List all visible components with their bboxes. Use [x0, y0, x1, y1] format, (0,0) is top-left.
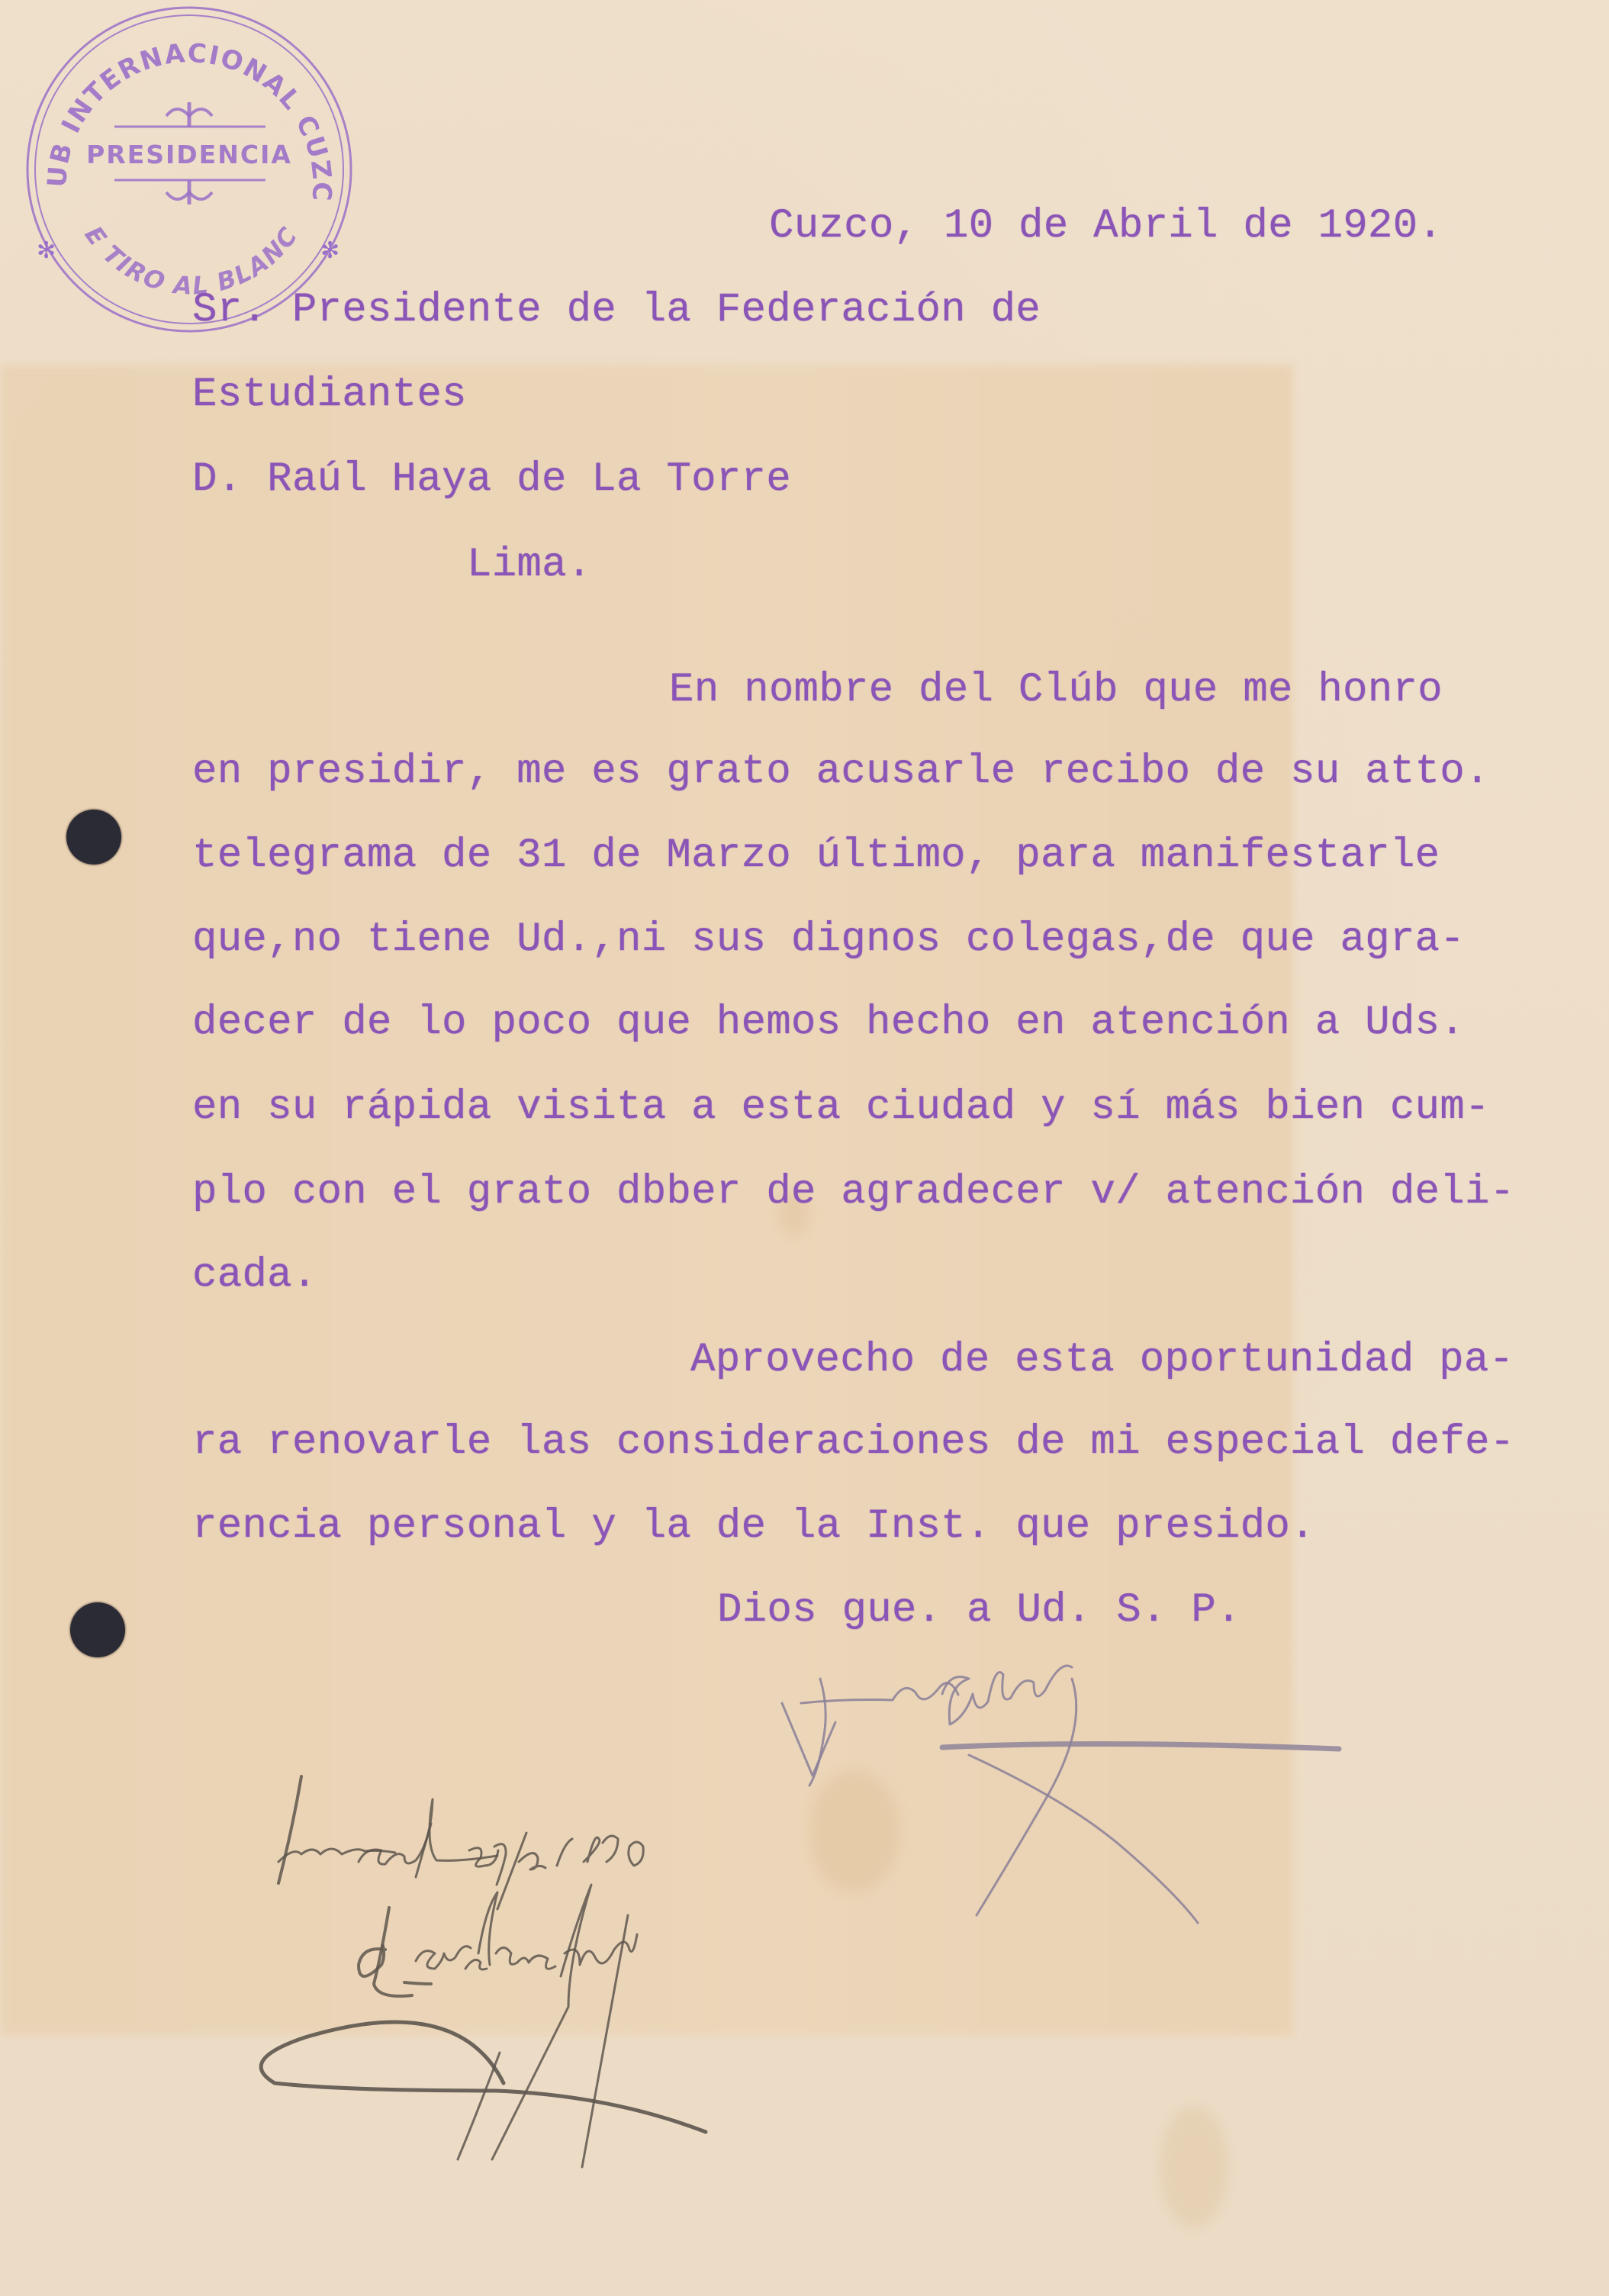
handwriting-layer: [0, 0, 1609, 2296]
annotation-initials: Rosas: [557, 1931, 693, 1984]
annotation-date: Lima abril 29 de 1920: [282, 1816, 795, 1869]
signature: José Astete: [793, 1671, 1052, 1724]
annotation-archive-note: al archivo: [359, 1923, 587, 1976]
